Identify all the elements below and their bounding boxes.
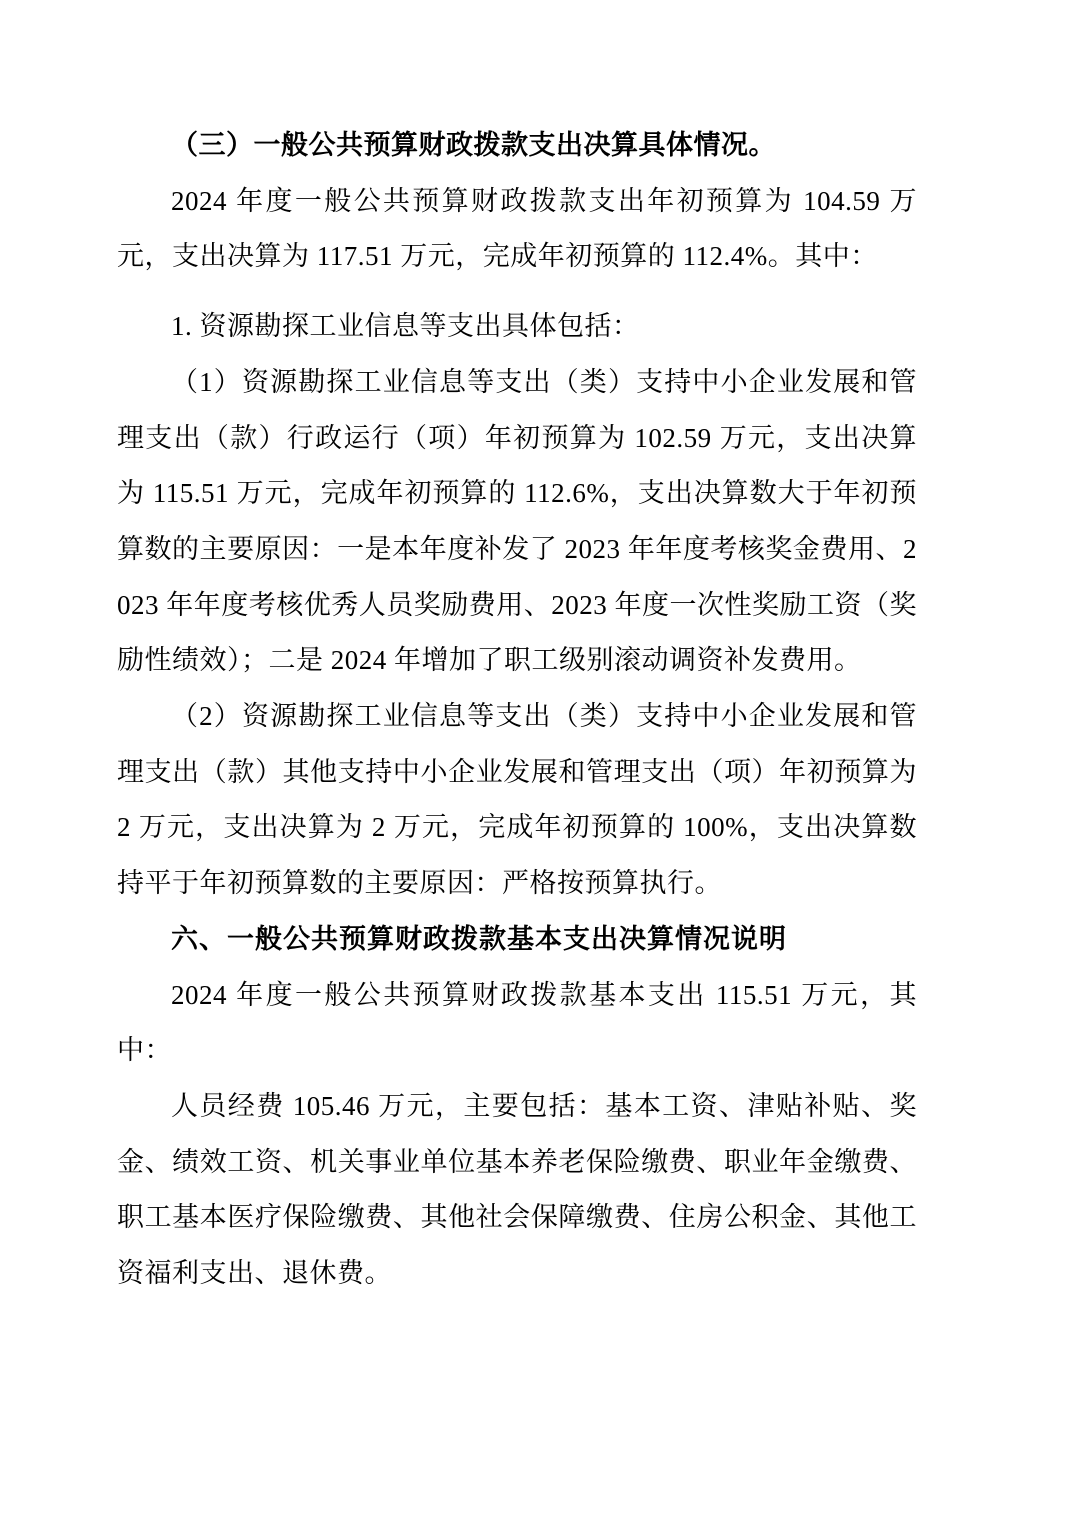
paragraph-basic-expenditure-overview: 2024 年度一般公共预算财政拨款基本支出 115.51 万元，其中： <box>117 968 917 1079</box>
paragraph-item-1-intro: 1. 资源勘探工业信息等支出具体包括： <box>117 299 917 355</box>
subsection-heading-3: （三）一般公共预算财政拨款支出决算具体情况。 <box>117 118 917 174</box>
paragraph-budget-overview: 2024 年度一般公共预算财政拨款支出年初预算为 104.59 万元，支出决算为… <box>117 174 917 285</box>
paragraph-item-1-1-detail: （1）资源勘探工业信息等支出（类）支持中小企业发展和管理支出（款）行政运行（项）… <box>117 355 917 689</box>
section-heading-6: 六、一般公共预算财政拨款基本支出决算情况说明 <box>117 912 917 968</box>
document-page: （三）一般公共预算财政拨款支出决算具体情况。 2024 年度一般公共预算财政拨款… <box>0 0 1069 1514</box>
paragraph-item-1-2-detail: （2）资源勘探工业信息等支出（类）支持中小企业发展和管理支出（款）其他支持中小企… <box>117 689 917 912</box>
paragraph-personnel-funds-detail: 人员经费 105.46 万元，主要包括：基本工资、津贴补贴、奖金、绩效工资、机关… <box>117 1079 917 1302</box>
